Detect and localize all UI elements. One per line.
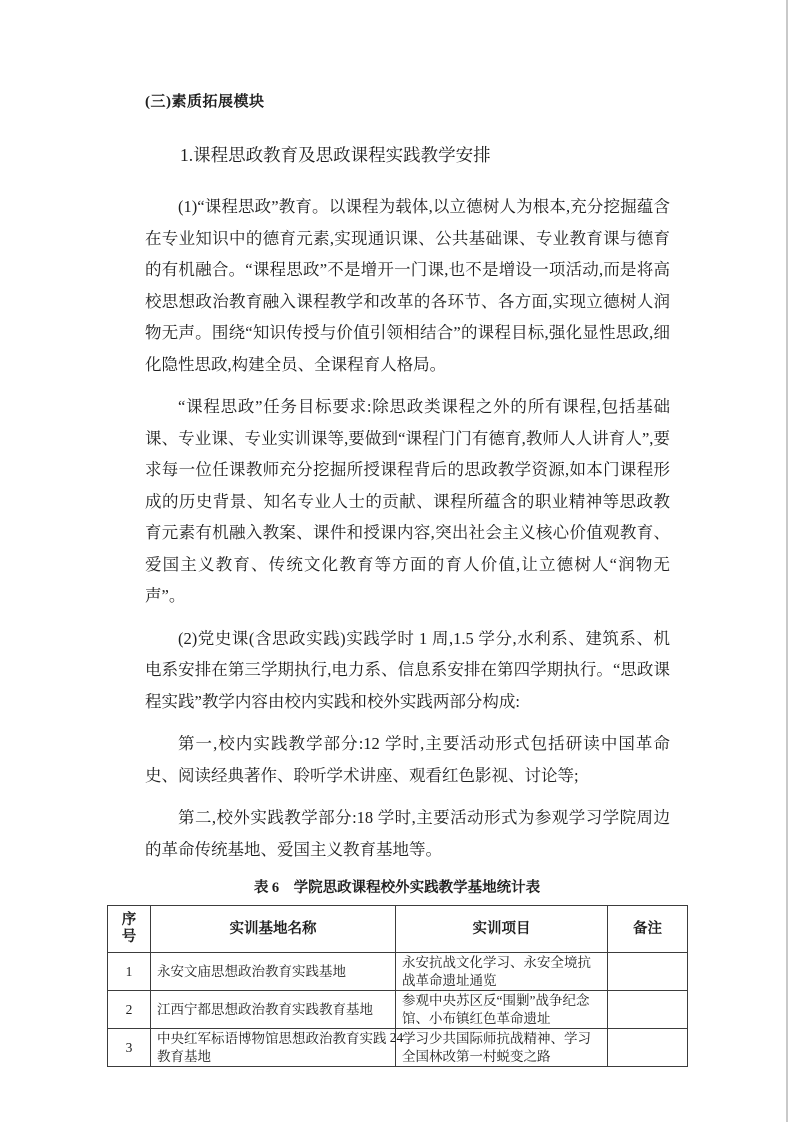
page-number: 24 — [0, 1030, 793, 1046]
col-header-seq-label: 序号 — [121, 912, 136, 946]
cell-project: 永安抗战文化学习、永安全境抗战革命遗址通览 — [396, 953, 608, 991]
cell-project: 参观中央苏区反“围剿”战争纪念馆、小布镇红色革命遗址 — [396, 991, 608, 1029]
body-paragraph: 第二,校外实践教学部分:18 学时,主要活动形式为参观学习学院周边的革命传统基地… — [145, 802, 670, 865]
body-paragraph: (1)“课程思政”教育。以课程为载体,以立德树人为根本,充分挖掘蕴含在专业知识中… — [145, 191, 670, 380]
table-header-row: 序号 实训基地名称 实训项目 备注 — [108, 906, 688, 953]
subsection-heading: 1.课程思政教育及思政课程实践教学安排 — [145, 143, 670, 167]
table-caption: 表 6 学院思政课程校外实践教学基地统计表 — [107, 876, 687, 897]
cell-base-name: 江西宁都思想政治教育实践教育基地 — [151, 991, 396, 1029]
body-paragraph: “课程思政”任务目标要求:除思政类课程之外的所有课程,包括基础课、专业课、专业实… — [145, 391, 670, 612]
document-page: (三)素质拓展模块 1.课程思政教育及思政课程实践教学安排 (1)“课程思政”教… — [0, 0, 793, 1122]
cell-seq: 2 — [108, 991, 151, 1029]
body-paragraph: (2)党史课(含思政实践)实践学时 1 周,1.5 学分,水利系、建筑系、机电系… — [145, 623, 670, 718]
col-header-seq: 序号 — [108, 906, 151, 953]
col-header-note: 备注 — [608, 906, 688, 953]
cell-note — [608, 991, 688, 1029]
body-paragraph: 第一,校内实践教学部分:12 学时,主要活动形式包括研读中国革命史、阅读经典著作… — [145, 728, 670, 791]
table-row: 2 江西宁都思想政治教育实践教育基地 参观中央苏区反“围剿”战争纪念馆、小布镇红… — [108, 991, 688, 1029]
cell-seq: 1 — [108, 953, 151, 991]
col-header-base-name: 实训基地名称 — [151, 906, 396, 953]
col-header-project: 实训项目 — [396, 906, 608, 953]
cell-base-name: 永安文庙思想政治教育实践基地 — [151, 953, 396, 991]
section-heading: (三)素质拓展模块 — [145, 92, 670, 113]
scan-edge-line — [786, 0, 788, 1122]
cell-note — [608, 953, 688, 991]
table-row: 1 永安文庙思想政治教育实践基地 永安抗战文化学习、永安全境抗战革命遗址通览 — [108, 953, 688, 991]
page-content: (三)素质拓展模块 1.课程思政教育及思政课程实践教学安排 (1)“课程思政”教… — [145, 92, 670, 1067]
